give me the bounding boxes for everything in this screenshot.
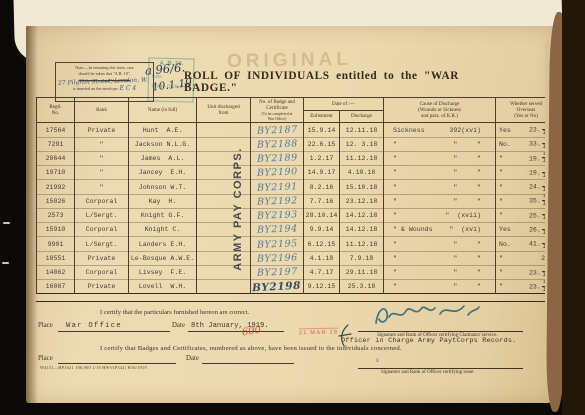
cell-discharge-date: 11.12.18 [340, 151, 384, 165]
signature-rule [358, 331, 523, 332]
cell-regtl-no: 15910 [37, 223, 75, 237]
table-row: 21992 " Johnson W.T. BY2191 8.2.16 15.10… [37, 180, 557, 194]
handwritten-badge-number: BY2195 [256, 238, 297, 250]
handwritten-badge-number: BY2197 [256, 266, 297, 278]
cell-name: Kay H. [129, 194, 197, 208]
table-row: 15910 Corporal Knight C. BY2194 9.9.14 1… [37, 223, 557, 237]
cell-enlistment-date: 4.1.18 [304, 251, 340, 265]
date-underline [188, 331, 284, 332]
cell-rank: L/Sergt. [75, 208, 129, 222]
col-header-cause: Cause of Discharge(Wounds or Sicknessand… [384, 98, 496, 123]
cell-cause-of-discharge: "" " [384, 137, 496, 151]
signature-caption-issue: Signature and Rank of Officer certifying… [381, 370, 475, 375]
cell-regtl-no: 7291 [37, 137, 75, 151]
cell-regtl-no: 16087 [37, 280, 75, 294]
place-label: Place [38, 322, 53, 329]
cell-rank: Corporal [75, 223, 129, 237]
cell-regtl-no: 14062 [37, 265, 75, 279]
cell-name: Knight C. [129, 223, 197, 237]
army-pay-corps-stamp: ARMY PAY CORPS. [232, 121, 244, 297]
handwritten-badge-number: BY2192 [256, 195, 297, 207]
cell-enlistment-date: 9.9.14 [304, 223, 340, 237]
table-row: 20644 " James A.L. BY2189 1.2.17 11.12.1… [37, 151, 557, 165]
cell-cause-of-discharge: "" " [384, 194, 496, 208]
table-row: 17564 Private Hunt A.E. BY2187 15.9.14 1… [37, 123, 557, 137]
handwritten-badge-number: BY2188 [256, 138, 297, 150]
cell-rank: " [75, 166, 129, 180]
cell-cause-of-discharge: "" " [384, 180, 496, 194]
cell-cause-of-discharge: "" " [384, 166, 496, 180]
cell-name: Le-Bosque A.W.E. [129, 251, 197, 265]
cell-discharge-date: 15.10.18 [340, 180, 384, 194]
tiny-mark: 3 [376, 359, 379, 364]
cell-rank: L/Sergt. [75, 237, 129, 251]
place-label-2: Place [38, 355, 53, 362]
cell-discharge-date: 29.11.18 [340, 265, 384, 279]
handwritten-badge-number: BY2193 [256, 209, 297, 221]
cell-rank: Private [75, 123, 129, 137]
cell-badge-number: BY2192 [251, 194, 304, 208]
cell-discharge-date: 14.12.18 [340, 208, 384, 222]
cell-regtl-no: 9901 [37, 237, 75, 251]
photo-background [562, 0, 585, 415]
handwritten-badge-number: BY2187 [256, 124, 297, 136]
cell-regtl-no: 2573 [37, 208, 75, 222]
col-header-regtl-no: Regtl.No. [37, 98, 75, 123]
table-row: 7291 " Jackson N.L.G. BY2188 22.6.15 12.… [37, 137, 557, 151]
handwritten-badge-number: BY2198 [252, 280, 302, 295]
cell-enlistment-date: 8.2.16 [304, 180, 340, 194]
cell-regtl-no: 21992 [37, 180, 75, 194]
cell-badge-number: BY2194 [251, 223, 304, 237]
cell-enlistment-date: 14.9.17 [304, 166, 340, 180]
scanned-ledger-photo: ORIGINAL Note.—In returning this form, c… [0, 0, 585, 415]
cell-name: Jancey E.H. [129, 166, 197, 180]
cell-badge-number: BY2189 [251, 151, 304, 165]
cell-badge-number: BY2190 [251, 166, 304, 180]
cell-discharge-date: 25.3.18 [340, 280, 384, 294]
table-row: 14062 Corporal Livsey F.E. BY2197 4.7.17… [37, 265, 557, 279]
cell-rank: Corporal [75, 194, 129, 208]
cell-name: Landers E.H. [129, 237, 197, 251]
cell-name: Jackson N.L.G. [129, 137, 197, 151]
cell-badge-number: BY2193 [251, 208, 304, 222]
handwritten-badge-number: BY2191 [256, 181, 297, 193]
cell-regtl-no: 17564 [37, 123, 75, 137]
col-header-discharge: Discharge [340, 110, 384, 123]
col-header-rank: Rank [75, 98, 129, 123]
cell-name: James A.L. [129, 151, 197, 165]
page-title: ROLL OF INDIVIDUALS entitled to the "WAR… [184, 70, 514, 94]
cell-badge-number: BY2196 [251, 251, 304, 265]
handwritten-district: E C 4 [120, 85, 137, 92]
cell-discharge-date: 14.12.18 [340, 223, 384, 237]
cell-enlistment-date: 4.7.17 [304, 265, 340, 279]
certify-particulars-text: I certify that the particulars furnished… [100, 309, 249, 316]
cell-enlistment-date: 28.10.14 [304, 208, 340, 222]
cell-badge-number: BY2198 [251, 280, 304, 294]
cell-name: Hunt A.E. [129, 123, 197, 137]
cell-discharge-date: 7.9.18 [340, 251, 384, 265]
cell-badge-number: BY2195 [251, 237, 304, 251]
cell-discharge-date: 11.12.18 [340, 237, 384, 251]
table-row: 19710 " Jancey E.H. BY2190 14.9.17 4.10.… [37, 166, 557, 180]
cell-rank: " [75, 151, 129, 165]
cell-discharge-date: 12. 3.18 [340, 137, 384, 151]
cell-cause-of-discharge: "" " [384, 280, 496, 294]
cell-cause-of-discharge: "" " [384, 237, 496, 251]
cell-badge-number: BY2188 [251, 137, 304, 151]
cell-rank: " [75, 137, 129, 151]
cell-enlistment-date: 7.7.16 [304, 194, 340, 208]
cell-rank: Private [75, 280, 129, 294]
roll-table: Regtl.No. Rank Name (in full) Unit disch… [36, 97, 557, 294]
cell-enlistment-date: 9.12.15 [304, 280, 340, 294]
cell-enlistment-date: 6.12.15 [304, 237, 340, 251]
cell-regtl-no: 15026 [37, 194, 75, 208]
cell-discharge-date: 23.12.18 [340, 194, 384, 208]
cell-name: Lovell W.H. [129, 280, 197, 294]
cell-regtl-no: 20644 [37, 151, 75, 165]
cell-rank: Corporal [75, 265, 129, 279]
cell-rank: Private [75, 251, 129, 265]
col-header-badge-no: No. of Badge andCertificate (To be compl… [251, 98, 304, 123]
cell-name: Livsey F.E. [129, 265, 197, 279]
note-box: Note.—In returning this form, care shoul… [55, 62, 154, 102]
col-header-unit: Unit dischargedfrom [197, 98, 251, 123]
cell-badge-number: BY2187 [251, 123, 304, 137]
table-row: 18551 Private Le-Bosque A.W.E. BY2196 4.… [37, 251, 557, 265]
cell-cause-of-discharge: "" (xvii) [384, 208, 496, 222]
cell-discharge-date: 12.11.18 [340, 123, 384, 137]
cell-badge-number: BY2191 [251, 180, 304, 194]
cell-cause-of-discharge: "" " [384, 265, 496, 279]
cell-badge-number: BY2197 [251, 265, 304, 279]
certify-issue-text: I certify that Badges and Certificates, … [100, 345, 570, 352]
col-header-name: Name (in full) [129, 98, 197, 123]
cell-rank: " [75, 180, 129, 194]
place-value-typed: War Office [66, 322, 122, 330]
cell-enlistment-date: 22.6.15 [304, 137, 340, 151]
cell-cause-of-discharge: "" " [384, 151, 496, 165]
cell-regtl-no: 18551 [37, 251, 75, 265]
cell-name: Johnson W.T. [129, 180, 197, 194]
cell-discharge-date: 4.10.18 [340, 166, 384, 180]
col-header-enlistment: Enlistment [304, 110, 340, 123]
signature-rule-2 [358, 368, 523, 369]
cell-regtl-no: 19710 [37, 166, 75, 180]
table-row: 9901 L/Sergt. Landers E.H. BY2195 6.12.1… [37, 237, 557, 251]
place-underline [58, 331, 170, 332]
cell-name: Knight G.F. [129, 208, 197, 222]
print-code: W4151—HP1621 100,000 1/19 HWV(P342) H16/… [40, 365, 147, 370]
date-label-2: Date [186, 355, 199, 362]
table-row: 15026 Corporal Kay H. BY2192 7.7.16 23.1… [37, 194, 557, 208]
officer-role-typed: Officer in Charge Army PaytCorps Records… [341, 337, 516, 345]
red-date-stamp: 21 MAR 19 [299, 328, 338, 337]
table-row: 16087 Private Lovell W.H. BY2198 9.12.15… [37, 280, 557, 294]
table-row: 2573 L/Sergt. Knight G.F. BY2193 28.10.1… [37, 208, 557, 222]
date-label: Date [172, 322, 185, 329]
handwritten-badge-number: BY2194 [256, 224, 297, 236]
cell-cause-of-discharge: " & Wounds" (xvi) [384, 223, 496, 237]
cell-enlistment-date: 15.9.14 [304, 123, 340, 137]
date-underline-2 [202, 363, 294, 364]
handwritten-badge-number: BY2196 [256, 252, 297, 264]
col-header-date-of: Date of :— [304, 98, 384, 111]
cell-enlistment-date: 1.2.17 [304, 151, 340, 165]
cell-cause-of-discharge: "" " [384, 251, 496, 265]
binding-stitch [3, 222, 10, 224]
officer-signature-handwriting [372, 301, 482, 331]
cell-cause-of-discharge: Sickness392(xvi) [384, 123, 496, 137]
binding-stitch [2, 262, 9, 264]
handwritten-badge-number: BY2190 [256, 167, 297, 179]
place-underline-2 [58, 363, 176, 364]
handwritten-badge-number: BY2189 [256, 152, 297, 164]
